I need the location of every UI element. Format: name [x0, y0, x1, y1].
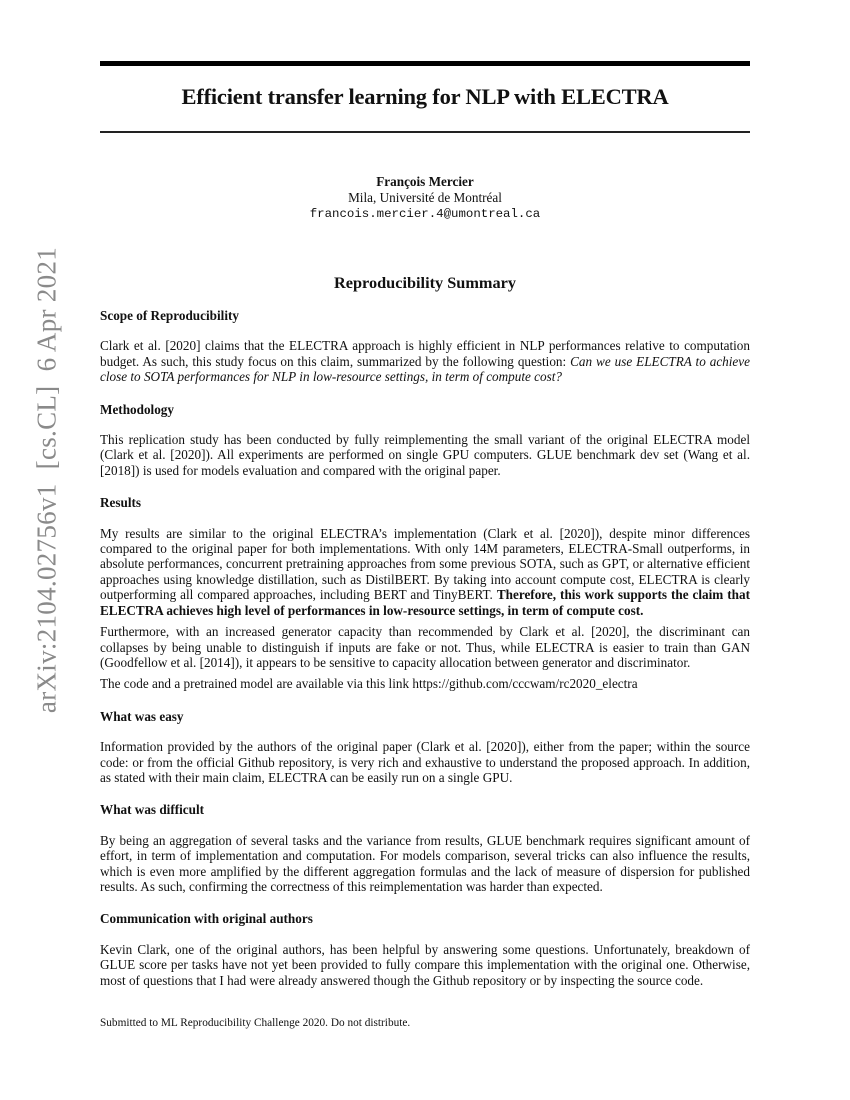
section-title: Scope of Reproducibility: [100, 308, 750, 323]
paper-title: Efficient transfer learning for NLP with…: [100, 84, 750, 110]
body-text: The code and a pretrained model are avai…: [100, 676, 412, 691]
section-what-was-easy: What was easy Information provided by th…: [100, 709, 750, 786]
section-methodology: Methodology This replication study has b…: [100, 402, 750, 479]
summary-content: Scope of Reproducibility Clark et al. [2…: [100, 308, 750, 988]
section-body: The code and a pretrained model are avai…: [100, 676, 750, 691]
section-what-was-difficult: What was difficult By being an aggregati…: [100, 802, 750, 894]
footer-note: Submitted to ML Reproducibility Challeng…: [100, 1017, 410, 1029]
section-body: This replication study has been conducte…: [100, 432, 750, 478]
section-body: Clark et al. [2020] claims that the ELEC…: [100, 338, 750, 384]
section-title: Results: [100, 495, 750, 510]
author-email[interactable]: francois.mercier.4@umontreal.ca: [100, 206, 750, 222]
section-body: By being an aggregation of several tasks…: [100, 833, 750, 895]
section-scope: Scope of Reproducibility Clark et al. [2…: [100, 308, 750, 385]
author-affiliation: Mila, Université de Montréal: [100, 190, 750, 206]
author-block: François Mercier Mila, Université de Mon…: [100, 174, 750, 222]
section-body: My results are similar to the original E…: [100, 526, 750, 618]
title-rule-top: [100, 61, 750, 66]
summary-heading: Reproducibility Summary: [100, 273, 750, 293]
section-title: Communication with original authors: [100, 911, 750, 926]
section-body: Kevin Clark, one of the original authors…: [100, 942, 750, 988]
arxiv-stamp: arXiv:2104.02756v1 [cs.CL] 6 Apr 2021: [32, 247, 63, 713]
section-body: Information provided by the authors of t…: [100, 739, 750, 785]
code-link[interactable]: https://github.com/cccwam/rc2020_electra: [412, 676, 637, 691]
section-body: Furthermore, with an increased generator…: [100, 624, 750, 670]
section-results: Results My results are similar to the or…: [100, 495, 750, 691]
title-rule-bottom: [100, 131, 750, 133]
section-communication: Communication with original authors Kevi…: [100, 911, 750, 988]
section-title: What was difficult: [100, 802, 750, 817]
author-name: François Mercier: [100, 174, 750, 190]
section-title: Methodology: [100, 402, 750, 417]
section-title: What was easy: [100, 709, 750, 724]
